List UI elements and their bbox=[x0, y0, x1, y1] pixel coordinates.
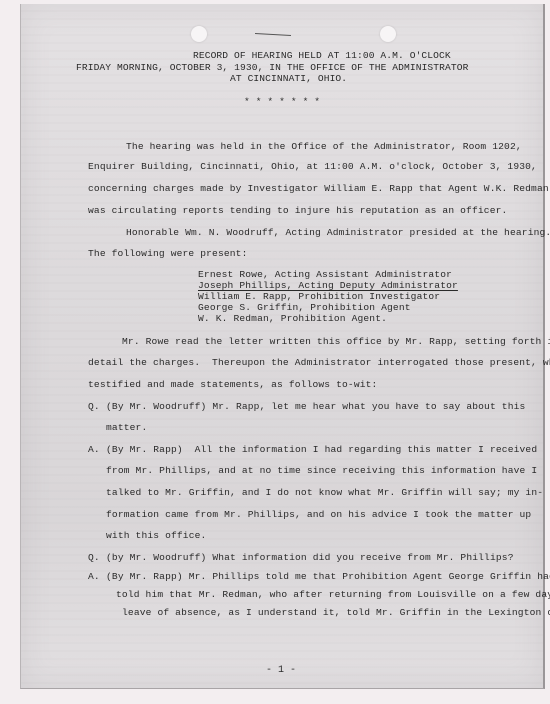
text-line: (By Mr. Rapp) Mr. Phillips told me that … bbox=[106, 572, 550, 582]
document-page: RECORD OF HEARING HELD AT 11:00 A.M. O'C… bbox=[20, 4, 545, 689]
qa-marker: Q. bbox=[88, 402, 100, 412]
attendee: W. K. Redman, Prohibition Agent. bbox=[198, 314, 387, 324]
text-line: testified and made statements, as follow… bbox=[88, 380, 377, 390]
attendee: Ernest Rowe, Acting Assistant Administra… bbox=[198, 270, 452, 280]
text-line: Mr. Rowe read the letter written this of… bbox=[122, 337, 550, 347]
separator: * * * * * * * bbox=[244, 97, 320, 107]
text-line: leave of absence, as I understand it, to… bbox=[122, 608, 550, 618]
text-line: matter. bbox=[106, 423, 147, 433]
text-line: Enquirer Building, Cincinnati, Ohio, at … bbox=[88, 162, 537, 172]
text-line: Honorable Wm. N. Woodruff, Acting Admini… bbox=[126, 228, 550, 238]
pen-mark bbox=[255, 33, 291, 36]
attendee: William E. Rapp, Prohibition Investigato… bbox=[198, 292, 440, 302]
text-line: detail the charges. Thereupon the Admini… bbox=[88, 358, 550, 368]
qa-marker: A. bbox=[88, 572, 100, 582]
page-number: - 1 - bbox=[266, 665, 296, 676]
text-line: (By Mr. Woodruff) Mr. Rapp, let me hear … bbox=[106, 402, 525, 412]
text-line: The hearing was held in the Office of th… bbox=[126, 142, 522, 152]
text-line: from Mr. Phillips, and at no time since … bbox=[106, 466, 537, 476]
text-line: (By Mr. Rapp) All the information I had … bbox=[106, 445, 537, 455]
text-line: talked to Mr. Griffin, and I do not know… bbox=[106, 488, 543, 498]
attendee: George S. Griffin, Prohibition Agent bbox=[198, 303, 411, 313]
header-line-1: RECORD OF HEARING HELD AT 11:00 A.M. O'C… bbox=[193, 51, 451, 61]
text-line: The following were present: bbox=[88, 249, 248, 259]
header-line-3: AT CINCINNATI, OHIO. bbox=[230, 74, 347, 84]
text-line: (by Mr. Woodruff) What information did y… bbox=[106, 553, 514, 563]
text-line: formation came from Mr. Phillips, and on… bbox=[106, 510, 531, 520]
qa-marker: Q. bbox=[88, 553, 100, 563]
attendee: Joseph Phillips, Acting Deputy Administr… bbox=[198, 281, 458, 291]
punch-hole bbox=[380, 26, 396, 42]
text-line: concerning charges made by Investigator … bbox=[88, 184, 549, 194]
punch-hole bbox=[191, 26, 207, 42]
text-line: with this office. bbox=[106, 531, 206, 541]
text-line: was circulating reports tending to injur… bbox=[88, 206, 507, 216]
text-line: told him that Mr. Redman, who after retu… bbox=[116, 590, 550, 600]
qa-marker: A. bbox=[88, 445, 100, 455]
header-line-2: FRIDAY MORNING, OCTOBER 3, 1930, IN THE … bbox=[76, 63, 468, 73]
